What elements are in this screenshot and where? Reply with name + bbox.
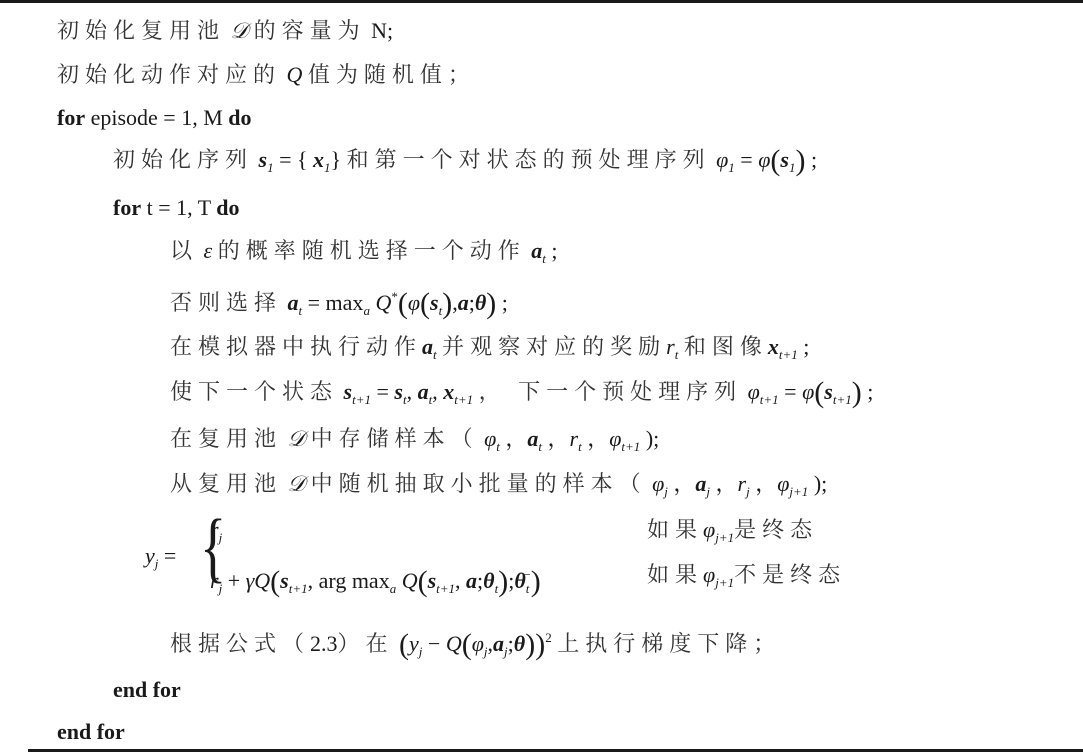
line-for-episode: for episode = 1, M do <box>57 103 252 133</box>
keyword-for: for <box>113 195 141 220</box>
text: 和第一个对状态的预处理序列 <box>347 147 711 172</box>
symbol-D: 𝒟 <box>288 471 306 496</box>
text: 在复用池 <box>170 426 282 451</box>
line-greedy-select: 否则选择 at = maxa Q*(φ(st),a;θ) ; <box>170 282 508 326</box>
text: ， 下一个预处理序列 <box>479 379 743 404</box>
text: 和图像 <box>684 334 768 359</box>
text: 如果 <box>647 517 703 542</box>
formula: φt+1 = φ(st+1) ; <box>748 379 874 404</box>
text: 初始化动作对应的 <box>57 62 281 87</box>
text: 值为随机值； <box>308 62 476 87</box>
text: ）在 <box>338 631 394 656</box>
text: 中随机抽取小批量的样本（ <box>311 471 647 496</box>
text: 不是终态 <box>734 562 846 587</box>
line-init-pool: 初始化复用池 𝒟 的容量为 N; <box>57 16 393 46</box>
symbol-D: 𝒟 <box>288 426 306 451</box>
text: 在模拟器中执行动作 <box>170 334 422 359</box>
loop-range: episode = 1, M <box>85 105 228 130</box>
formula: φt ，at ，rt ，φt+1 ); <box>484 426 659 451</box>
bottom-rule <box>28 749 1083 752</box>
symbol-epsilon: ε <box>204 238 213 263</box>
text: 如果 <box>647 562 703 587</box>
line-gradient: 根据公式（2.3）在 (yj − Q(φj,aj;θ))2 上执行梯度下降； <box>170 623 781 667</box>
text: 以 <box>170 238 198 263</box>
formula: s1 = { x1} <box>259 147 342 172</box>
formula: φj ，aj ，rj ，φj+1 ); <box>652 471 827 496</box>
text: 上执行梯度下降； <box>557 631 781 656</box>
text: 使下一个状态 <box>170 379 338 404</box>
line-execute: 在模拟器中执行动作at 并观察对应的奖励rt 和图像xt+1 ; <box>170 332 809 370</box>
formula: st+1 = st, at, xt+1 <box>344 379 474 404</box>
symbol-Q: Q <box>287 62 303 87</box>
symbol-D: 𝒟 <box>231 18 249 43</box>
text: 的容量为 <box>254 18 366 43</box>
condition-terminal: 如果φj+1是终态 <box>647 515 818 553</box>
formula: (yj − Q(φj,aj;θ))2 <box>399 631 552 656</box>
line-init-seq: 初始化序列 s1 = { x1} 和第一个对状态的预处理序列 φ1 = φ(s1… <box>113 145 817 183</box>
line-for-t: for t = 1, T do <box>113 193 240 223</box>
line-next-state: 使下一个状态 st+1 = st, at, xt+1 ， 下一个预处理序列 φt… <box>170 377 873 415</box>
text: 中存储样本（ <box>311 426 479 451</box>
value-N: N; <box>371 18 393 43</box>
text: 的概率随机选择一个动作 <box>218 238 526 263</box>
loop-range: t = 1, T <box>141 195 216 220</box>
text: 是终态 <box>734 517 818 542</box>
condition-nonterminal: 如果φj+1不是终态 <box>647 560 846 598</box>
line-end-for-t: end for <box>113 675 181 705</box>
text: 初始化复用池 <box>57 18 225 43</box>
keyword-do: do <box>228 105 251 130</box>
keyword-for: for <box>57 105 85 130</box>
line-sample: 从复用池 𝒟 中随机抽取小批量的样本（ φj ，aj ，rj ，φj+1 ); <box>170 469 827 507</box>
text: 并观察对应的奖励 <box>442 334 666 359</box>
line-store: 在复用池 𝒟 中存储样本（ φt ，at ，rt ，φt+1 ); <box>170 424 659 462</box>
top-rule <box>0 0 1083 3</box>
formula: at = maxa Q*(φ(st),a;θ) ; <box>288 290 508 315</box>
formula: φ1 = φ(s1) ; <box>716 147 817 172</box>
formula: at ; <box>531 238 557 263</box>
target-case-terminal: rj <box>210 515 222 553</box>
equation-ref: 2.3 <box>310 631 338 656</box>
line-eps-select: 以 ε 的概率随机选择一个动作 at ; <box>170 236 557 274</box>
text: 初始化序列 <box>113 147 253 172</box>
line-init-q: 初始化动作对应的 Q 值为随机值； <box>57 60 476 90</box>
keyword-do: do <box>216 195 239 220</box>
target-case-nonterminal: rj + γQ(st+1, arg maxa Q(st+1, a;θt);θt−… <box>210 560 541 604</box>
target-lhs: yj = <box>145 541 176 579</box>
text: 根据公式（ <box>170 631 310 656</box>
text: 否则选择 <box>170 290 282 315</box>
text: 从复用池 <box>170 471 282 496</box>
line-end-for-episode: end for <box>57 717 125 747</box>
